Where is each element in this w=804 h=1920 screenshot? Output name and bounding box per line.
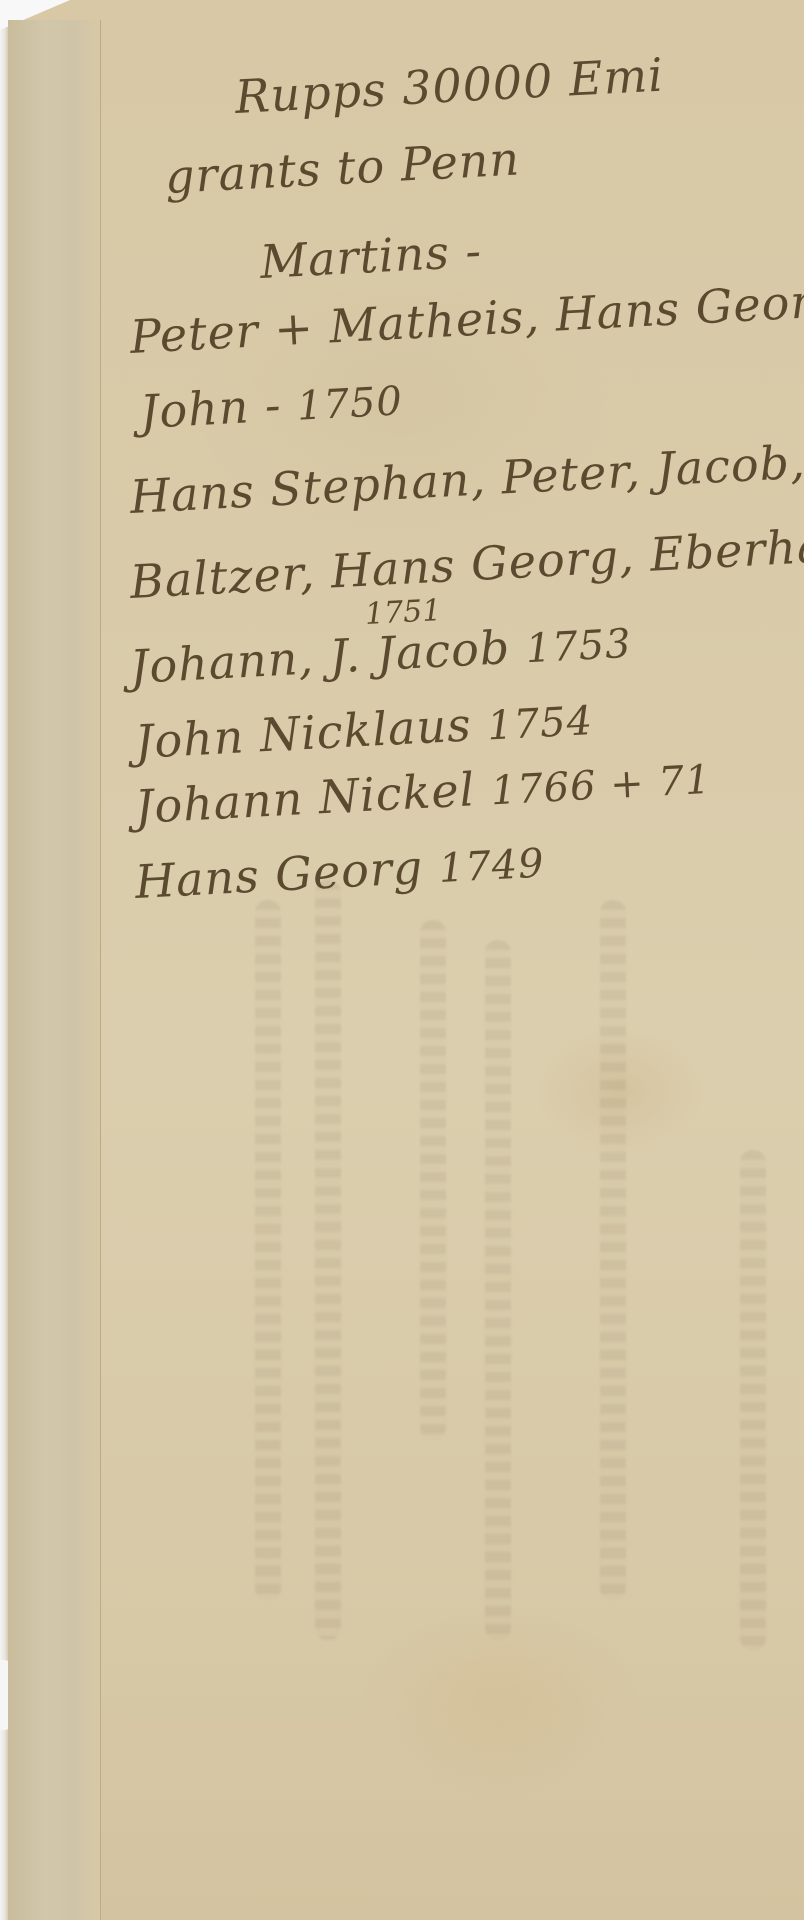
paper-sheet: Rupps 30000 Emi grants to Penn Martins -… [0, 0, 804, 1920]
entry-line-4: Baltzer, Hans Georg, Eberhart [129, 516, 804, 609]
entry-line-3: Hans Stephan, Peter, Jacob, [129, 435, 804, 524]
entry-line-6: John Nicklaus 1754 [134, 691, 595, 769]
entry-names: Peter + Matheis, Hans Georg, [129, 272, 804, 364]
heading-line-1: Rupps 30000 Emi [234, 48, 665, 124]
entry-names: John - [139, 378, 283, 439]
entry-names: Hans Georg [134, 840, 425, 909]
entry-year: 1753 [525, 621, 633, 672]
handwritten-text: Rupps 30000 Emi grants to Penn Martins -… [0, 0, 804, 1920]
entry-line-1: Peter + Matheis, Hans Georg, [129, 272, 804, 364]
heading-line-3: Martins - [259, 223, 484, 289]
entry-line-2: John - 1750 [139, 371, 404, 439]
entry-year: 1766 + 71 [490, 757, 713, 814]
entry-names: Johann, J. Jacob [129, 620, 512, 694]
entry-names: Hans Stephan, Peter, Jacob, [129, 435, 804, 524]
entry-year: 1754 [486, 698, 594, 749]
entry-names: Baltzer, Hans Georg, Eberhart [129, 516, 804, 609]
entry-line-8: Hans Georg 1749 [134, 834, 546, 909]
entry-names: John Nicklaus [134, 697, 473, 769]
entry-year: 1749 [438, 841, 546, 892]
entry-names: Johann Nickel [134, 762, 477, 834]
entry-year: 1750 [296, 378, 404, 429]
heading-line-2: grants to Penn [164, 131, 522, 204]
entry-line-5: Johann, J. Jacob 1753 [129, 614, 633, 694]
